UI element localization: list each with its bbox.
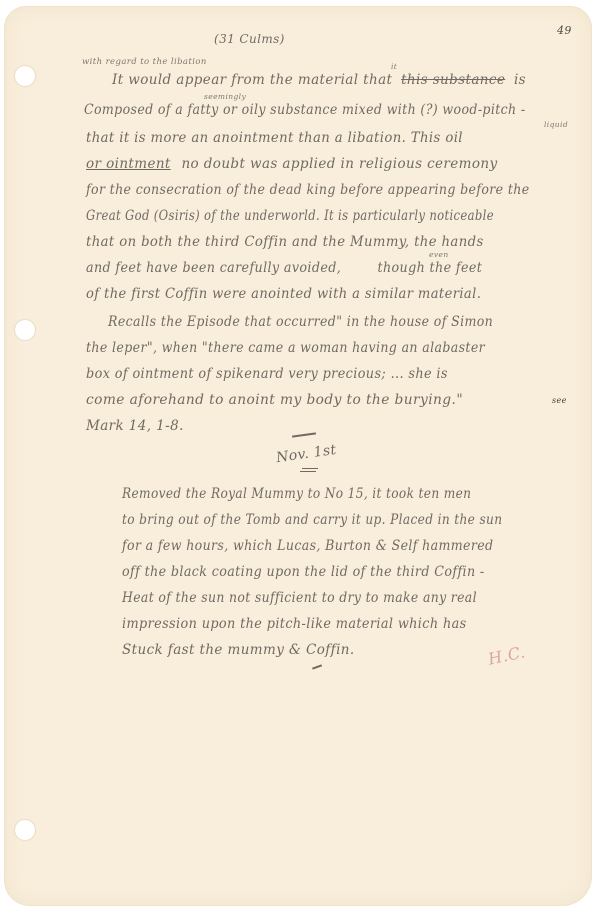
text-line: impression upon the pitch-like material … — [122, 616, 467, 632]
heading-underline — [300, 471, 316, 472]
text-line: It would appear from the material that t… — [112, 72, 526, 88]
red-initials: H.C. — [486, 642, 527, 668]
text-line: that it is more an anointment than a lib… — [86, 130, 463, 146]
punch-hole — [15, 820, 35, 840]
text-line: off the black coating upon the lid of th… — [122, 564, 485, 580]
citation: Mark 14, 1-8. — [86, 418, 184, 434]
separator-line — [292, 432, 316, 437]
text-line: Great God (Osiris) of the underworld. It… — [86, 208, 494, 224]
insertion-seemingly: seemingly — [204, 92, 246, 101]
text-line: Stuck fast the mummy & Coffin. — [122, 642, 355, 658]
text-line: for the consecration of the dead king be… — [86, 182, 530, 198]
text-line: to bring out of the Tomb and carry it up… — [122, 512, 502, 528]
insertion-it: it — [391, 62, 397, 71]
text-line: that on both the third Coffin and the Mu… — [86, 234, 484, 250]
text-line: or ointment no doubt was applied in reli… — [86, 156, 498, 172]
insertion-even: even — [429, 250, 449, 259]
date-heading: Nov. 1st — [275, 442, 337, 466]
page-number: 49 — [557, 24, 572, 37]
text-line: Recalls the Episode that occurred" in th… — [108, 314, 493, 330]
text-line: Removed the Royal Mummy to No 15, it too… — [122, 486, 471, 502]
text-line: for a few hours, which Lucas, Burton & S… — [122, 538, 493, 554]
text-line: Composed of a fatty or oily substance mi… — [84, 102, 525, 118]
text-line: and feet have been carefully avoided, th… — [86, 260, 482, 276]
insertion-liquid: liquid — [544, 120, 568, 129]
header-note: (31 Culms) — [214, 32, 285, 46]
ruled-mark: see — [552, 396, 567, 405]
punch-hole — [15, 66, 35, 86]
text-line: box of ointment of spikenard very precio… — [86, 366, 448, 382]
text-line: come aforehand to anoint my body to the … — [86, 392, 463, 408]
margin-note: with regard to the libation — [82, 57, 207, 67]
text-line: of the first Coffin were anointed with a… — [86, 286, 481, 302]
heading-underline — [302, 468, 318, 469]
end-mark — [312, 664, 322, 669]
text-line: Heat of the sun not sufficient to dry to… — [122, 590, 477, 606]
punch-hole — [15, 320, 35, 340]
text-line: the leper", when "there came a woman hav… — [86, 340, 485, 356]
manuscript-page: 49 (31 Culms) with regard to the libatio… — [4, 6, 592, 906]
